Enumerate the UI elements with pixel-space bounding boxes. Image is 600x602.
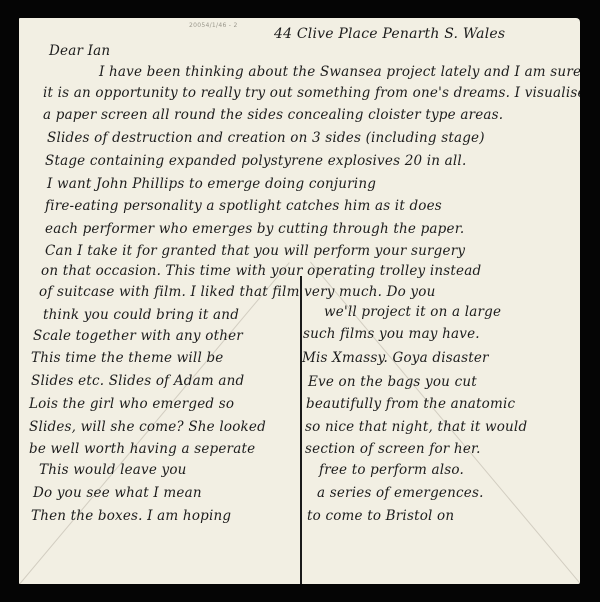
letter-line: it is an opportunity to really try out s… [43, 85, 580, 101]
letter-line: fire-eating personality a spotlight catc… [45, 198, 442, 214]
letter-line: Stage containing expanded polystyrene ex… [45, 153, 466, 169]
letter-line-left: be well worth having a seperate [29, 441, 255, 457]
letter-line-left: Lois the girl who emerged so [29, 396, 234, 412]
letter-line-left: Slides, will she come? She looked [29, 419, 266, 435]
letter-line-right: we'll project it on a large [324, 304, 501, 320]
letter-line-left: This would leave you [39, 462, 187, 478]
letter-line-left: Then the boxes. I am hoping [31, 508, 231, 524]
letter-line: Slides of destruction and creation on 3 … [47, 130, 485, 146]
letter-line-left: Scale together with any other [33, 328, 243, 344]
letter-line: a paper screen all round the sides conce… [43, 107, 503, 123]
letter-line-left: Slides etc. Slides of Adam and [31, 373, 244, 389]
letter-line-right: a series of emergences. [317, 485, 484, 501]
sender-address: 44 Clive Place Penarth S. Wales [274, 26, 505, 42]
letter-line-right: such films you may have. [303, 326, 480, 342]
letter-line: Can I take it for granted that you will … [45, 243, 465, 259]
letter-line-left: This time the theme will be [31, 350, 223, 366]
letter-line-left: think you could bring it and [43, 307, 239, 323]
letter-line-right: so nice that night, that it would [305, 419, 527, 435]
salutation: Dear Ian [49, 43, 110, 59]
fold-line [300, 276, 302, 584]
letter-line-right: to come to Bristol on [307, 508, 454, 524]
letter-line-right: Eve on the bags you cut [308, 374, 477, 390]
archive-reference: 20054/1/46 - 2 [189, 22, 238, 29]
letter-line-right: section of screen for her. [305, 441, 481, 457]
letter-line-left: Do you see what I mean [33, 485, 202, 501]
letter-line: of suitcase with film. I liked that film… [39, 284, 435, 300]
letter-line-right: beautifully from the anatomic [306, 396, 515, 412]
letter-line: each performer who emerges by cutting th… [45, 221, 464, 237]
letter-page: 20054/1/46 - 2 44 Clive Place Penarth S.… [19, 18, 580, 584]
letter-line: I have been thinking about the Swansea p… [99, 64, 580, 80]
letter-line: I want John Phillips to emerge doing con… [47, 176, 376, 192]
letter-line-right: free to perform also. [319, 462, 464, 478]
letter-line: on that occasion. This time with your op… [41, 263, 481, 279]
letter-line-right: Mis Xmassy. Goya disaster [302, 350, 489, 366]
